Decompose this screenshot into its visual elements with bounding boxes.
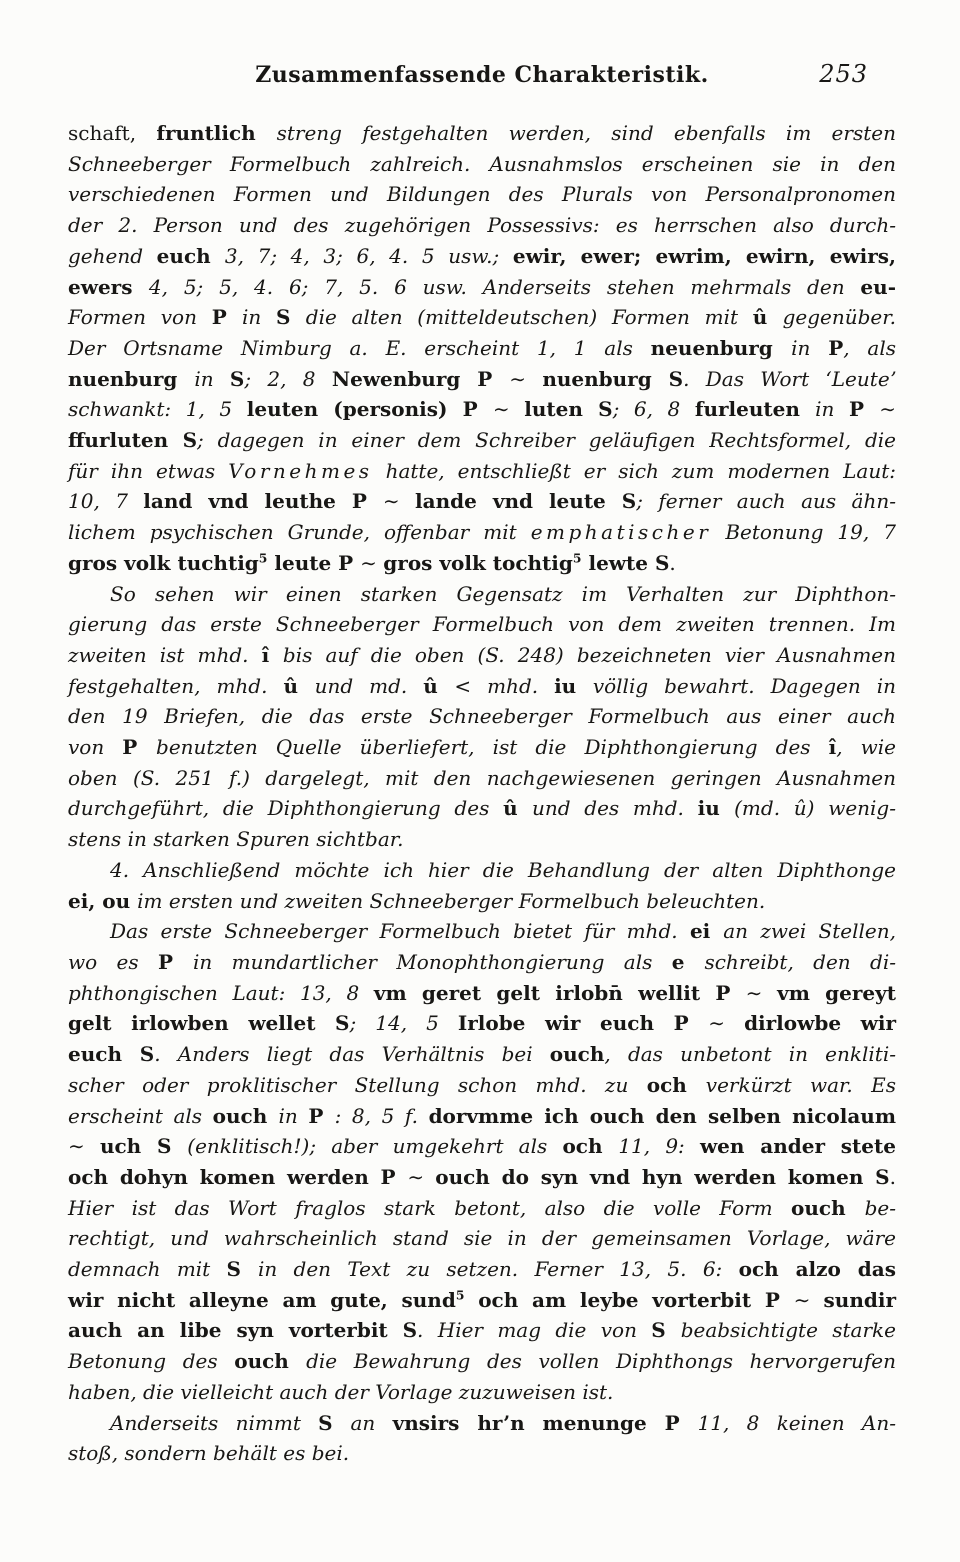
text-run: Der Ortsname Nimburg a. E. erscheint 1, … — [68, 336, 651, 360]
text-run: ∼ — [794, 1288, 824, 1312]
text-run: und des mhd. — [532, 796, 698, 820]
text-line: lichem psychischen Grunde, offenbar mit … — [68, 517, 896, 548]
text-run: wen ander stete — [700, 1134, 896, 1158]
text-run: P — [828, 336, 843, 360]
text-run: ewers — [68, 275, 149, 299]
text-run: die Bewahrung des vollen Diphthongs herv… — [306, 1349, 896, 1373]
text-run: , das unbetont in enkliti- — [604, 1042, 896, 1066]
text-run: die alten (mitteldeutschen) Formen mit — [306, 305, 753, 329]
text-line: 4. Anschließend möchte ich hier die Beha… — [68, 855, 896, 886]
text-line: phthongischen Laut: 13, 8 vm geret gelt … — [68, 978, 896, 1009]
text-line: von P benutzten Quelle überliefert, ist … — [68, 732, 896, 763]
text-run: scher oder proklitischer Stellung schon … — [68, 1073, 647, 1097]
text-run: lewte S — [582, 551, 670, 575]
text-run: in — [278, 1104, 308, 1128]
text-run: . Das Wort ʻLeuteʼ — [683, 367, 896, 391]
text-run: in — [791, 336, 828, 360]
text-run: benutzten Quelle überliefert, ist die Di… — [156, 735, 829, 759]
text-run: Irlobe wir euch P — [458, 1011, 708, 1035]
text-run: fruntlich — [156, 121, 276, 145]
text-run: Betonung 19, 7 — [711, 520, 896, 544]
text-run: ouch — [234, 1349, 306, 1373]
text-run: lichem psychischen Grunde, offenbar mit — [68, 520, 531, 544]
text-line: demnach mit S in den Text zu setzen. Fer… — [68, 1254, 896, 1285]
text-run: , als — [843, 336, 896, 360]
text-run: und md. — [315, 674, 424, 698]
text-line: Hier ist das Wort fraglos stark betont, … — [68, 1193, 896, 1224]
text-run: 3, 7; 4, 3; 6, 4. 5 usw.; — [225, 244, 513, 268]
text-run: in mundartlicher Monophthongierung als — [193, 950, 672, 974]
text-run: dirlowbe wir — [744, 1011, 896, 1035]
text-run: Newenburg P — [332, 367, 509, 391]
text-run: ei, ou — [68, 889, 137, 913]
text-line: erscheint als ouch in P : 8, 5 f. dorvmm… — [68, 1101, 896, 1132]
text-run: och — [647, 1073, 706, 1097]
text-run: S — [227, 1257, 258, 1281]
text-run: Betonung des — [68, 1349, 234, 1373]
text-run: durchgeführt, die Diphthongierung des — [68, 796, 503, 820]
text-run: eu- — [860, 275, 896, 299]
text-run: für ihn etwas — [68, 459, 228, 483]
text-line: auch an libe syn vorterbit S. Hier mag d… — [68, 1315, 896, 1346]
text-run: P — [122, 735, 156, 759]
text-run: land vnd leuthe P — [143, 489, 383, 513]
text-run: (md. û) wenig- — [734, 796, 896, 820]
text-run: wo es — [68, 950, 158, 974]
text-line: der 2. Person und des zugehörigen Posses… — [68, 210, 896, 241]
text-run: stens in starken Spuren sichtbar. — [68, 827, 404, 851]
text-run: auch an libe syn vorterbit S — [68, 1318, 417, 1342]
text-line: verschiedenen Formen und Bildungen des P… — [68, 179, 896, 210]
text-run: S — [276, 305, 306, 329]
text-run: ; dagegen in einer dem Schreiber geläufi… — [197, 428, 896, 452]
text-run: dorvmme ich ouch den selben nicolaum — [429, 1104, 896, 1128]
text-line: euch S. Anders liegt das Verhältnis bei … — [68, 1039, 896, 1070]
text-run: schwankt: 1, 5 — [68, 397, 247, 421]
text-line: haben, die vielleicht auch der Vorlage z… — [68, 1377, 896, 1408]
text-run: och alzo das — [739, 1257, 896, 1281]
text-run: schreibt, den di- — [704, 950, 896, 974]
text-line: stens in starken Spuren sichtbar. — [68, 824, 896, 855]
text-run: . Hier mag die von — [417, 1318, 651, 1342]
text-line: für ihn etwas Vornehmes hatte, entschlie… — [68, 456, 896, 487]
text-run: furleuten — [695, 397, 815, 421]
text-run: û — [753, 305, 783, 329]
text-run: sundir — [824, 1288, 896, 1312]
text-line: ffurluten S; dagegen in einer dem Schrei… — [68, 425, 896, 456]
text-line: gierung das erste Schneeberger Formelbuc… — [68, 609, 896, 640]
text-line: gehend euch 3, 7; 4, 3; 6, 4. 5 usw.; ew… — [68, 241, 896, 272]
page-number: 253 — [819, 60, 868, 88]
text-run: û — [423, 674, 454, 698]
text-run: uch S — [100, 1134, 187, 1158]
text-run: ouch — [213, 1104, 279, 1128]
text-run: ; 14, 5 — [350, 1011, 458, 1035]
text-run: . — [890, 1165, 896, 1189]
text-run: in — [242, 305, 276, 329]
text-line: schaft, fruntlich streng festgehalten we… — [68, 118, 896, 149]
text-run: P — [308, 1104, 334, 1128]
text-run: zweiten ist mhd. — [68, 643, 262, 667]
text-run: P — [158, 950, 193, 974]
text-run: : 8, 5 f. — [335, 1104, 429, 1128]
text-run: û — [503, 796, 532, 820]
text-run: wir nicht alleyne am gute, sund — [68, 1288, 456, 1312]
text-run: verkürzt war. Es — [706, 1073, 896, 1097]
text-line: 10, 7 land vnd leuthe P ∼ lande vnd leut… — [68, 486, 896, 517]
text-run: von — [68, 735, 122, 759]
text-run: Formen von — [68, 305, 212, 329]
text-run: ; ferner auch aus ähn- — [636, 489, 896, 513]
text-line: wo es P in mundartlicher Monophthongieru… — [68, 947, 896, 978]
text-line: Betonung des ouch die Bewahrung des voll… — [68, 1346, 896, 1377]
text-run: im ersten und zweiten Schneeberger Forme… — [137, 889, 765, 913]
text-run: ouch do syn vnd hyn werden komen S — [435, 1165, 889, 1189]
text-run: Hier ist das Wort fraglos stark betont, … — [68, 1196, 791, 1220]
text-run: demnach mit — [68, 1257, 227, 1281]
text-run: S — [318, 1411, 350, 1435]
text-run: So sehen wir einen starken Gegensatz im … — [110, 582, 896, 606]
text-run: lande vnd leute S — [415, 489, 636, 513]
text-line: ei, ou im ersten und zweiten Schneeberge… — [68, 886, 896, 917]
text-run: in den Text zu setzen. Ferner 13, 5. 6: — [258, 1257, 739, 1281]
text-run: bis auf die oben (S. 248) bezeichneten v… — [283, 643, 896, 667]
text-run: in — [194, 367, 230, 391]
text-run: ; 6, 8 — [613, 397, 695, 421]
text-line: Anderseits nimmt S an vnsirs hr’n menung… — [68, 1408, 896, 1439]
text-line: festgehalten, mhd. û und md. û < mhd. iu… — [68, 671, 896, 702]
text-run: ∼ — [509, 367, 542, 391]
text-run: î — [262, 643, 283, 667]
text-run: e — [672, 950, 705, 974]
text-run: iu — [698, 796, 734, 820]
text-line: ∼ uch S (enklitisch!); aber umgekehrt al… — [68, 1131, 896, 1162]
text-run: nuenburg S — [542, 367, 683, 391]
text-run: Vornehmes — [228, 459, 372, 483]
text-run: ; 2, 8 — [244, 367, 331, 391]
text-run: , wie — [836, 735, 896, 759]
text-run: ∼ — [383, 489, 415, 513]
text-run: 4, 5; 5, 4. 6; 7, 5. 6 usw. Anderseits s… — [149, 275, 861, 299]
text-run: streng festgehalten werden, sind ebenfal… — [277, 121, 896, 145]
text-run: ouch — [791, 1196, 865, 1220]
text-run: . — [669, 551, 675, 575]
text-run: phthongischen Laut: 13, 8 — [68, 981, 374, 1005]
book-page: Zusammenfassende Charakteristik. 253 sch… — [0, 0, 960, 1562]
text-line: scher oder proklitischer Stellung schon … — [68, 1070, 896, 1101]
text-line: wir nicht alleyne am gute, sund5 och am … — [68, 1285, 896, 1316]
text-run: P — [212, 305, 242, 329]
text-run: S — [230, 367, 244, 391]
text-run: ouch — [550, 1042, 605, 1066]
text-run: gehend — [68, 244, 157, 268]
text-run: in — [815, 397, 849, 421]
text-run: 5 — [573, 550, 582, 565]
text-run: S — [651, 1318, 680, 1342]
text-run: der 2. Person und des zugehörigen Posses… — [68, 213, 896, 237]
text-line: och dohyn komen werden P ∼ ouch do syn v… — [68, 1162, 896, 1193]
text-run: leuten (personis) P — [247, 397, 493, 421]
text-run: vm geret gelt irlobn̄ wellit P — [374, 981, 746, 1005]
text-run: stoß, sondern behält es bei. — [68, 1441, 349, 1465]
text-run: û — [283, 674, 314, 698]
text-run: 10, 7 — [68, 489, 143, 513]
text-run: euch S — [68, 1042, 154, 1066]
text-run: Schneeberger Formelbuch zahlreich. Ausna… — [68, 152, 896, 176]
text-line: durchgeführt, die Diphthongierung des û … — [68, 793, 896, 824]
text-run: Anderseits nimmt — [110, 1411, 318, 1435]
text-run: ∼ — [493, 397, 524, 421]
page-header: Zusammenfassende Charakteristik. 253 — [68, 62, 896, 96]
text-line: gelt irlowben wellet S; 14, 5 Irlobe wir… — [68, 1008, 896, 1039]
text-run: ∼ — [708, 1011, 744, 1035]
text-run: ∼ — [879, 397, 896, 421]
text-line: Formen von P in S die alten (mitteldeuts… — [68, 302, 896, 333]
text-run: (enklitisch!); aber umgekehrt als — [187, 1134, 562, 1158]
text-line: gros volk tuchtig5 leute P ∼ gros volk t… — [68, 548, 896, 579]
text-run: haben, die vielleicht auch der Vorlage z… — [68, 1380, 613, 1404]
text-run: völlig bewahrt. Dagegen in — [593, 674, 896, 698]
text-run: P — [849, 397, 879, 421]
text-run: och — [562, 1134, 618, 1158]
text-line: Das erste Schneeberger Formelbuch bietet… — [68, 916, 896, 947]
text-run: och am leybe vorterbit P — [464, 1288, 793, 1312]
text-run: hatte, entschließt er sich zum modernen … — [373, 459, 896, 483]
text-run: vnsirs hr’n menunge P — [393, 1411, 698, 1435]
text-line: oben (S. 251 f.) dargelegt, mit den nach… — [68, 763, 896, 794]
text-line: ewers 4, 5; 5, 4. 6; 7, 5. 6 usw. Anders… — [68, 272, 896, 303]
text-run: ffurluten S — [68, 428, 197, 452]
text-run: och dohyn komen werden P — [68, 1165, 407, 1189]
text-run: gelt irlowben wellet S — [68, 1011, 350, 1035]
text-run: neuenburg — [651, 336, 792, 360]
text-run: 4. Anschließend möchte ich hier die Beha… — [110, 858, 896, 882]
text-run: ∼ — [407, 1165, 435, 1189]
text-run: ∼ — [360, 551, 383, 575]
text-run: Das erste Schneeberger Formelbuch bietet… — [110, 919, 690, 943]
text-run: an zwei Stellen, — [723, 919, 896, 943]
text-run: gros volk tuchtig — [68, 551, 259, 575]
text-run: < mhd. — [454, 674, 554, 698]
text-run: ei — [690, 919, 723, 943]
text-run: ∼ — [68, 1134, 100, 1158]
text-run: den 19 Briefen, die das erste Schneeberg… — [68, 704, 896, 728]
body-text: schaft, fruntlich streng festgehalten we… — [68, 118, 896, 1469]
text-run: 11, 9: — [618, 1134, 700, 1158]
text-line: So sehen wir einen starken Gegensatz im … — [68, 579, 896, 610]
text-run: an — [351, 1411, 393, 1435]
text-run: gros volk tochtig — [383, 551, 573, 575]
text-line: nuenburg in S; 2, 8 Newenburg P ∼ nuenbu… — [68, 364, 896, 395]
text-run: leute P — [267, 551, 360, 575]
text-run: schaft, — [68, 121, 156, 145]
text-line: rechtigt, und wahrscheinlich stand sie i… — [68, 1223, 896, 1254]
text-run: verschiedenen Formen und Bildungen des P… — [68, 182, 896, 206]
text-run: luten S — [524, 397, 612, 421]
text-run: . Anders liegt das Verhältnis bei — [154, 1042, 550, 1066]
text-run: ∼ — [746, 981, 777, 1005]
text-line: den 19 Briefen, die das erste Schneeberg… — [68, 701, 896, 732]
text-line: stoß, sondern behält es bei. — [68, 1438, 896, 1469]
text-run: gegenüber. — [783, 305, 896, 329]
text-run: ewir, ewer; ewrim, ewirn, ewirs, — [513, 244, 896, 268]
text-run: euch — [157, 244, 225, 268]
text-line: zweiten ist mhd. î bis auf die oben (S. … — [68, 640, 896, 671]
text-run: rechtigt, und wahrscheinlich stand sie i… — [68, 1226, 896, 1250]
text-run: festgehalten, mhd. — [68, 674, 283, 698]
text-line: schwankt: 1, 5 leuten (personis) P ∼ lut… — [68, 394, 896, 425]
text-line: Der Ortsname Nimburg a. E. erscheint 1, … — [68, 333, 896, 364]
running-head-title: Zusammenfassende Charakteristik. — [68, 62, 896, 88]
text-run: nuenburg — [68, 367, 194, 391]
text-run: oben (S. 251 f.) dargelegt, mit den nach… — [68, 766, 896, 790]
text-run: iu — [554, 674, 593, 698]
text-run: 11, 8 keinen An- — [698, 1411, 896, 1435]
text-line: Schneeberger Formelbuch zahlreich. Ausna… — [68, 149, 896, 180]
text-run: gierung das erste Schneeberger Formelbuc… — [68, 612, 896, 636]
text-run: beabsichtigte starke — [681, 1318, 896, 1342]
text-run: erscheint als — [68, 1104, 213, 1128]
text-run: vm gereyt — [777, 981, 896, 1005]
text-run: be- — [865, 1196, 896, 1220]
text-run: emphatischer — [531, 520, 712, 544]
